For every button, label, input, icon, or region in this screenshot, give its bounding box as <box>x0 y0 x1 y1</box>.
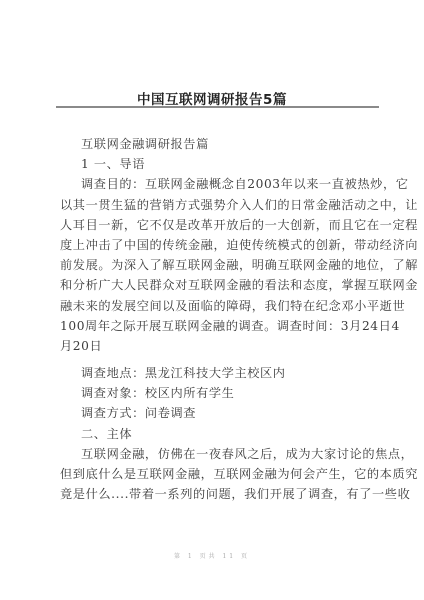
text-line: 互联网金融，仿佛在一夜春风之后，成为大家讨论的焦点， <box>60 444 380 464</box>
page-footer: 第 1 页共 11 页 <box>0 551 424 560</box>
text-line: 二、主体 <box>60 424 380 444</box>
text-line: 但到底什么是互联网金融，互联网金融为何会产生，它的本质究 <box>60 464 380 484</box>
document-body: 互联网金融调研报告篇1 一、导语调查目的：互联网金融概念自2003年以来一直被热… <box>60 134 380 504</box>
text-line: 调查地点：黑龙江科技大学主校区内 <box>60 363 380 383</box>
text-line: 以其一贯生猛的营销方式强势介入人们的日常金融活动之中，让 <box>60 195 380 215</box>
text-line: 调查方式：问卷调查 <box>60 403 380 423</box>
text-line: 前发展。为深入了解互联网金融，明确互联网金融的地位，了解 <box>60 255 380 275</box>
text-line: 互联网金融调研报告篇 <box>60 134 380 154</box>
text-line: 100周年之际开展互联网金融的调查。调查时间：3月24日4 <box>60 316 380 336</box>
title-divider <box>56 106 379 108</box>
text-line: 月20日 <box>60 336 380 356</box>
text-line: 度上冲击了中国的传统金融，迫使传统模式的创新，带动经济向 <box>60 235 380 255</box>
text-line: 1 一、导语 <box>60 154 380 174</box>
text-line: 调查目的：互联网金融概念自2003年以来一直被热炒，它 <box>60 174 380 194</box>
text-line: 调查对象：校区内所有学生 <box>60 383 380 403</box>
text-line: 竟是什么....带着一系列的问题，我们开展了调查，有了一些收 <box>60 484 380 504</box>
text-line: 和分析广大人民群众对互联网金融的看法和态度，掌握互联网金 <box>60 275 380 295</box>
text-line: 融未来的发展空间以及面临的障碍，我们特在纪念邓小平逝世 <box>60 296 380 316</box>
text-line: 人耳目一新，它不仅是改革开放后的一大创新，而且它在一定程 <box>60 215 380 235</box>
document-title: 中国互联网调研报告5篇 <box>0 88 424 108</box>
